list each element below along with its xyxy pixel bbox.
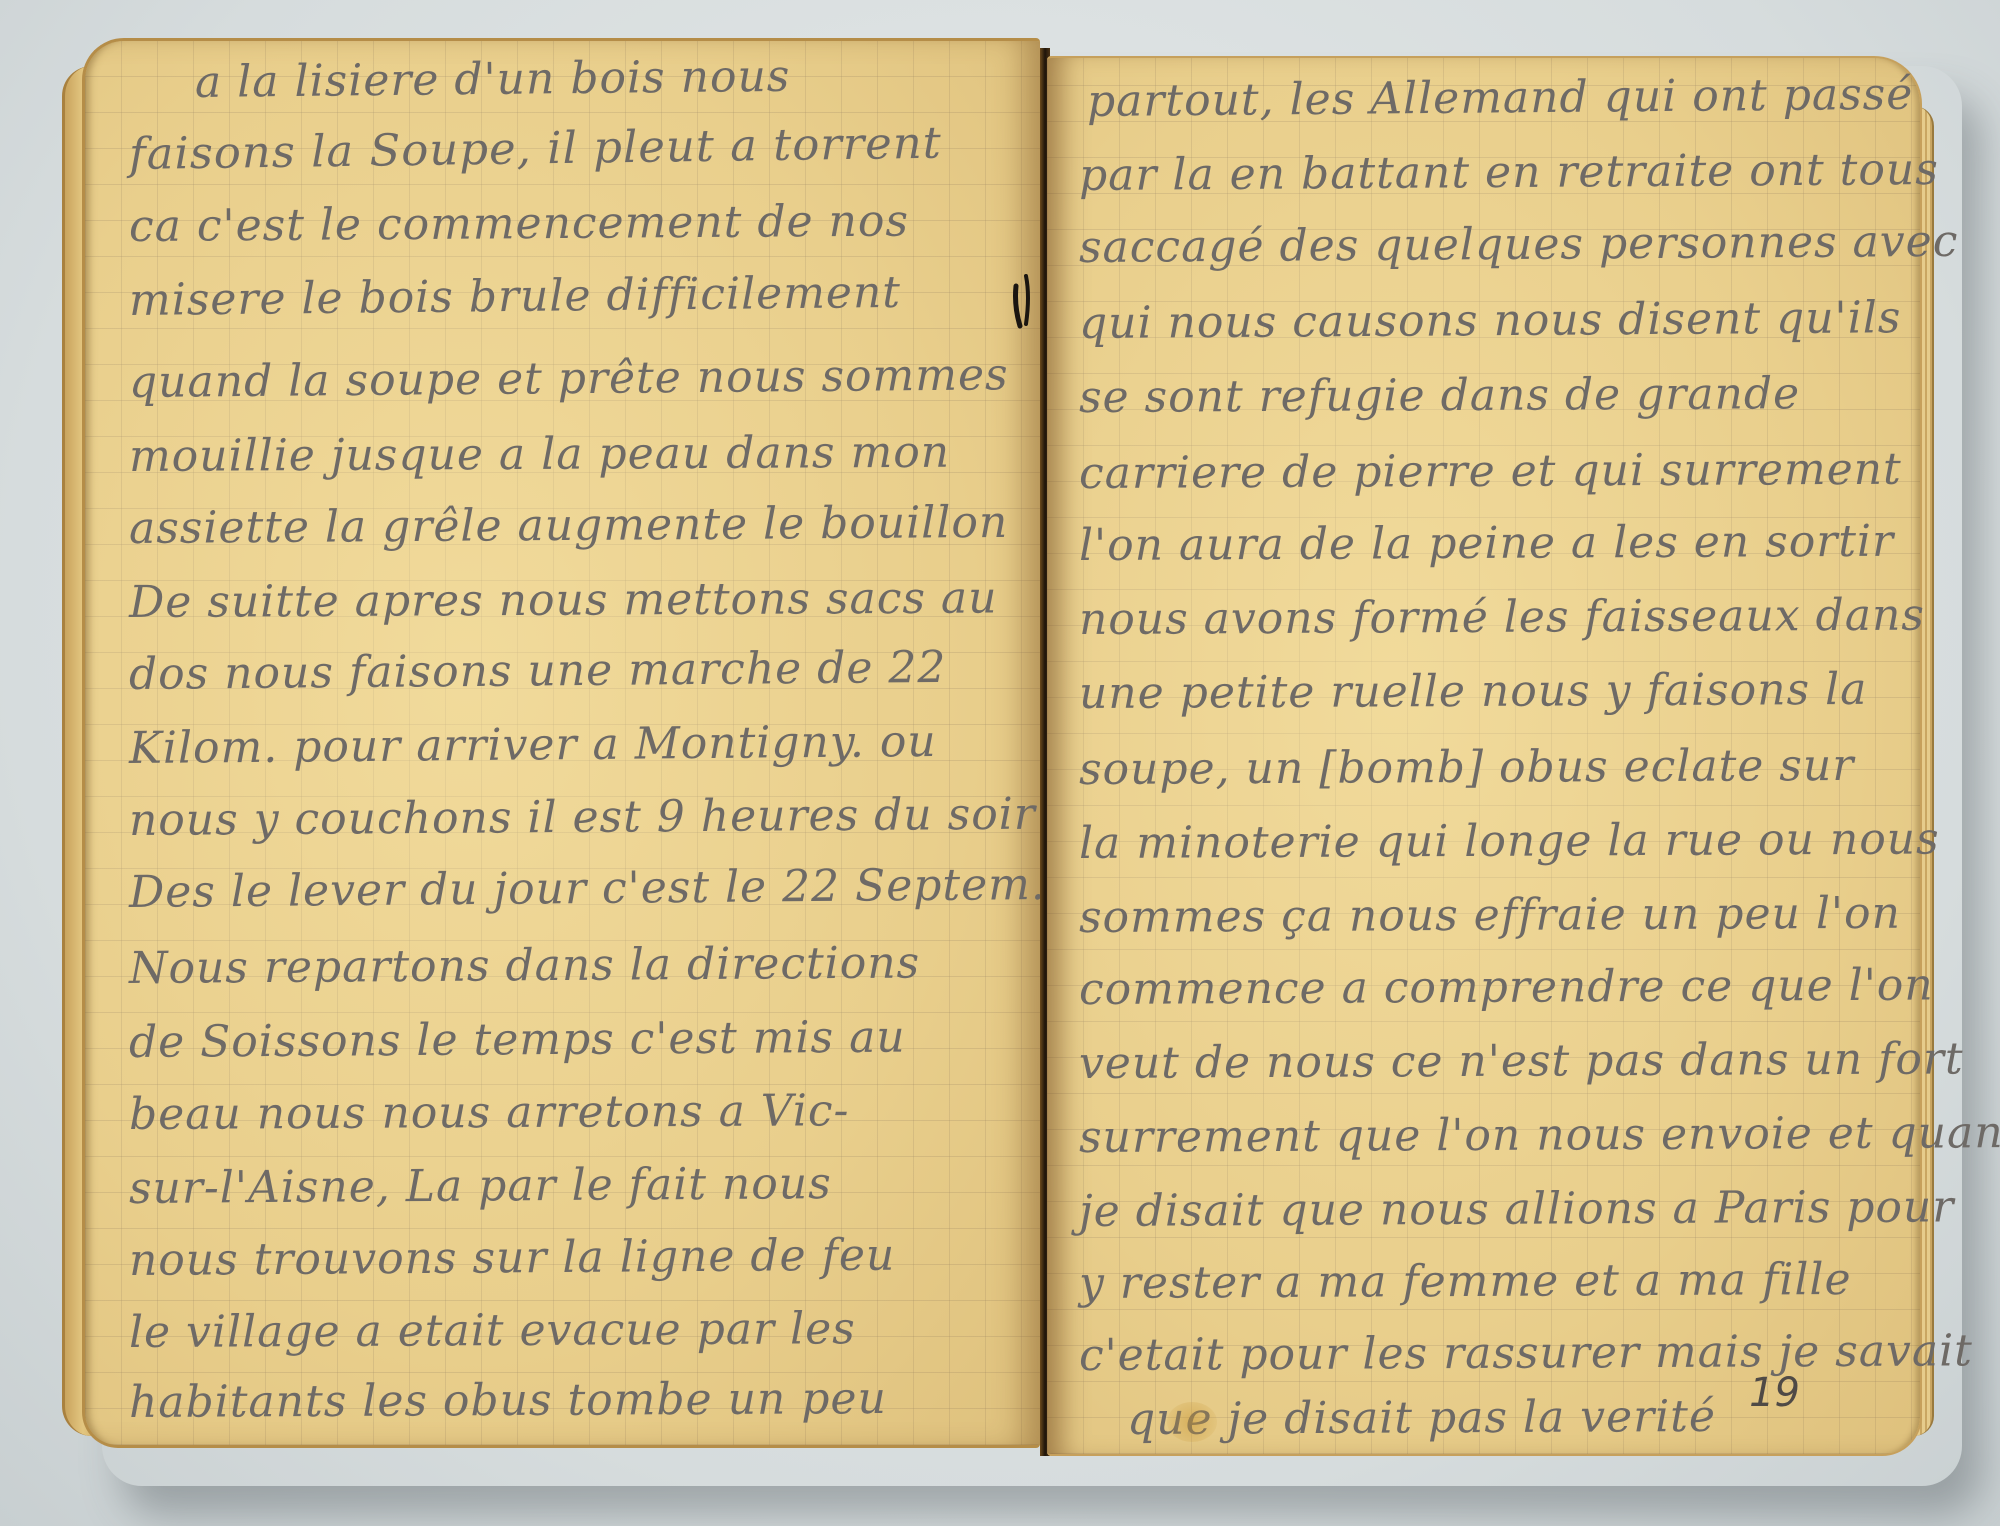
handwritten-line: carriere de pierre et qui surrement — [1079, 448, 1902, 496]
handwritten-line: soupe, un [bomb] obus eclate sur — [1079, 744, 1855, 792]
handwritten-line: surrement que l'on nous envoie et quand — [1079, 1111, 2000, 1160]
handwritten-line: assiette la grêle augmente le bouillon — [129, 501, 1008, 551]
handwritten-line: Kilom. pour arriver a Montigny. ou — [129, 720, 937, 771]
handwritten-line: nous y couchons il est 9 heures du soir — [129, 793, 1036, 843]
handwritten-line: De suitte apres nous mettons sacs au — [129, 576, 998, 625]
handwritten-line: dos nous faisons une marche de 22 — [129, 646, 947, 697]
handwritten-line: sommes ça nous effraie un peu l'on — [1079, 892, 1901, 940]
handwritten-line: habitants les obus tombe un peu — [129, 1377, 887, 1425]
ink-mark-icon — [1012, 266, 1032, 336]
handwritten-line: beau nous nous arretons a Vic- — [129, 1089, 850, 1137]
handwritten-line: ca c'est le commencement de nos — [129, 200, 909, 249]
handwritten-line: Nous repartons dans la directions — [129, 941, 920, 991]
handwritten-line: commence a comprendre ce que l'on — [1079, 964, 1934, 1012]
handwritten-line: veut de nous ce n'est pas dans un fort — [1079, 1037, 1964, 1086]
handwritten-line: partout, les Allemand qui ont passé — [1087, 73, 1914, 124]
handwritten-line: c'etait pour les rassurer mais je savait — [1079, 1329, 1973, 1378]
handwritten-line: sur-l'Aisne, La par le fait nous — [129, 1162, 832, 1211]
handwritten-line: Des le lever du jour c'est le 22 Septem. — [129, 863, 1046, 915]
handwritten-line: je disait que nous allions a Paris pour — [1079, 1185, 1955, 1234]
handwritten-line: y rester a ma femme et a ma fille — [1079, 1258, 1852, 1306]
page-number: 19 — [1749, 1370, 1800, 1416]
handwritten-line: se sont refugie dans de grande — [1079, 372, 1800, 420]
handwritten-line: misere le bois brule difficilement — [129, 271, 901, 323]
handwritten-line: une petite ruelle nous y faisons la — [1079, 668, 1868, 716]
handwritten-line: par la en battant en retraite ont tous — [1079, 148, 1939, 198]
handwritten-line: a la lisiere d'un bois nous — [195, 55, 791, 105]
handwritten-line: nous trouvons sur la ligne de feu — [129, 1234, 896, 1283]
right-page-text: partout, les Allemand qui ont passé par … — [1047, 58, 1920, 1454]
open-notebook: a la lisiere d'un bois nous faisons la S… — [62, 26, 1924, 1466]
handwritten-line: saccagé des quelques personnes avec — [1079, 220, 1959, 270]
handwritten-line: de Soissons le temps c'est mis au — [129, 1016, 906, 1065]
handwritten-line: qui nous causons nous disent qu'ils — [1079, 296, 1902, 346]
left-page: a la lisiere d'un bois nous faisons la S… — [82, 38, 1040, 1448]
handwritten-line: nous avons formé les faisseaux dans — [1079, 594, 1925, 642]
right-page: partout, les Allemand qui ont passé par … — [1047, 56, 1922, 1456]
handwritten-line: quand la soupe et prête nous sommes — [129, 353, 1009, 405]
handwritten-line: mouillie jusque a la peau dans mon — [129, 431, 950, 479]
handwritten-line: faisons la Soupe, il pleut a torrent — [129, 122, 942, 177]
handwritten-line: la minoterie qui longe la rue ou nous — [1079, 817, 1940, 866]
paper-stain — [1167, 1402, 1217, 1442]
handwritten-line: l'on aura de la peine a les en sortir — [1079, 520, 1894, 568]
handwritten-line: le village a etait evacue par les — [129, 1307, 856, 1355]
left-page-text: a la lisiere d'un bois nous faisons la S… — [85, 41, 1040, 1445]
